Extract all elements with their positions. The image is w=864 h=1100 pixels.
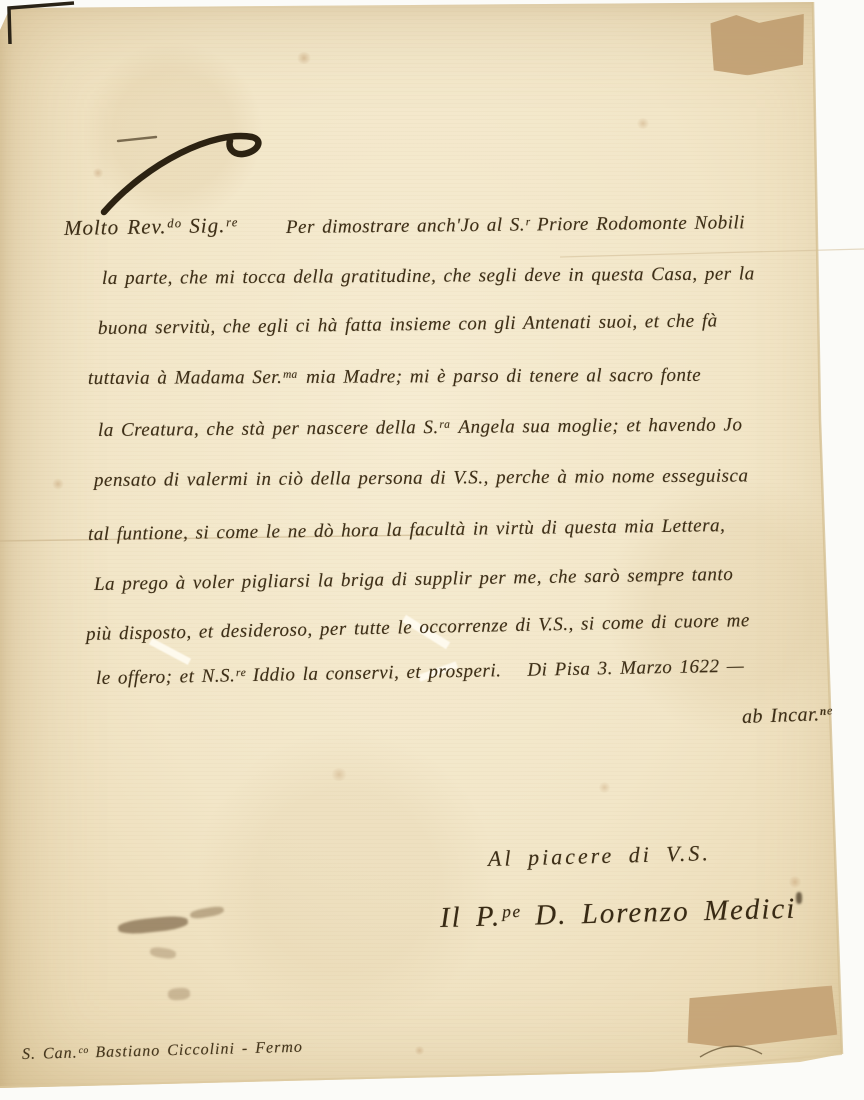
dateline: Di Pisa 3. Marzo 1622 — bbox=[527, 656, 744, 681]
dateline-suffix: ab Incar.ⁿᵉ bbox=[742, 703, 833, 729]
letter-line: tuttavia à Madama Ser.ᵐᵃ mia Madre; mi è… bbox=[88, 365, 701, 390]
letter-line: pensato di valermi in ciò della persona … bbox=[94, 465, 749, 492]
letter-line: la parte, che mi tocca della gratitudine… bbox=[102, 263, 755, 290]
salutation: Molto Rev.ᵈᵒ Sig.ʳᵉ bbox=[64, 213, 238, 241]
paper-sheet bbox=[0, 0, 864, 1100]
scanned-letter: Molto Rev.ᵈᵒ Sig.ʳᵉ Per dimostrare anch'… bbox=[0, 0, 864, 1100]
